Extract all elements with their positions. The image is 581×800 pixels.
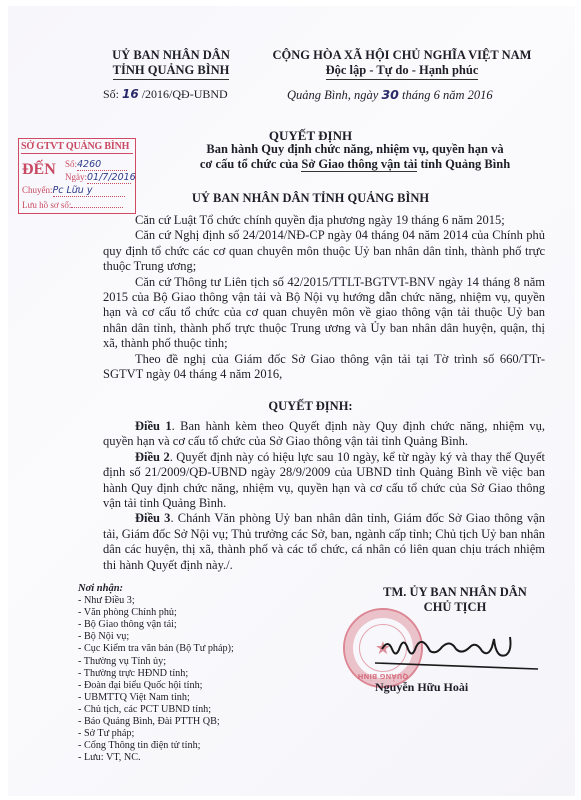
recipient-item: - Bộ Nội vụ; (78, 631, 234, 643)
preamble-item: Căn cứ Nghị định số 24/2014/NĐ-CP ngày 0… (103, 228, 545, 274)
articles: Điều 1. Ban hành kèm theo Quyết định này… (103, 419, 545, 573)
republic-name: CỘNG HÒA XÃ HỘI CHỦ NGHĨA VIỆT NAM (252, 48, 552, 63)
recipient-item: - Báo Quảng Bình, Đài PTTH QB; (78, 716, 234, 728)
document-number: Số: 16 /2016/QĐ-UBND (103, 87, 228, 102)
signer-position: CHỦ TỊCH (340, 600, 570, 615)
recipient-item: - UBMTTQ Việt Nam tỉnh; (78, 692, 234, 704)
issuing-agency: UỶ BAN NHÂN DÂN TỈNH QUẢNG BÌNH (96, 48, 246, 80)
on-behalf-label: TM. ỦY BAN NHÂN DÂN (340, 585, 570, 600)
recipient-item: - Lưu: VT, NC. (78, 752, 234, 764)
handwritten-signature-icon (370, 625, 570, 675)
recipients-heading: Nơi nhận: (78, 583, 234, 595)
stamp-so-row: Số:4260 (65, 159, 127, 171)
article-2: Điều 2. Quyết định này có hiệu lực sau 1… (103, 450, 545, 512)
recipient-item: - Thường vụ Tỉnh ủy; (78, 656, 234, 668)
preamble: Căn cứ Luật Tổ chức chính quyền địa phươ… (103, 213, 545, 382)
recipient-item: - Chủ tịch, các PCT UBND tỉnh; (78, 704, 234, 716)
recipient-item: - Đoàn đại biểu Quốc hội tỉnh; (78, 680, 234, 692)
agency-line1: UỶ BAN NHÂN DÂN (96, 48, 246, 63)
stamp-so-value: 4260 (77, 159, 101, 170)
motto: Độc lập - Tự do - Hạnh phúc (326, 63, 479, 80)
stamp-den-label: ĐẾN (22, 161, 56, 179)
recipients-list: Nơi nhận: - Như Điều 3; - Văn phòng Chín… (78, 583, 234, 764)
issue-date: Quảng Bình, ngày 30 tháng 6 năm 2016 (287, 87, 493, 103)
recipient-item: - Thường trực HĐND tỉnh; (78, 668, 234, 680)
recipient-item: - Sở Tư pháp; (78, 728, 234, 740)
recipient-item: - Văn phòng Chính phủ; (78, 607, 234, 619)
recipient-item: - Bộ Giao thông vận tải; (78, 619, 234, 631)
issuer-heading: UỶ BAN NHÂN DÂN TỈNH QUẢNG BÌNH (0, 191, 581, 206)
stamp-ngay-value: 01/7/2016 (87, 172, 136, 183)
recipient-item: - Cổng Thông tin điện tử tỉnh; (78, 740, 234, 752)
article-1: Điều 1. Ban hành kèm theo Quyết định này… (103, 419, 545, 450)
article-3: Điều 3. Chánh Văn phòng Uỷ ban nhân dân … (103, 511, 545, 573)
document-subject: Ban hành Quy định chức năng, nhiệm vụ, q… (140, 142, 570, 172)
signature-block: TM. ỦY BAN NHÂN DÂN CHỦ TỊCH (340, 585, 570, 615)
stamp-ngay-row: Ngày:01/7/2016 (65, 172, 131, 184)
recipient-item: - Cục Kiểm tra văn bản (Bộ Tư pháp); (78, 643, 234, 655)
recipient-item: - Như Điều 3; (78, 595, 234, 607)
signer-name: Nguyễn Hữu Hoài (375, 680, 468, 695)
preamble-item: Căn cứ Thông tư Liên tịch số 42/2015/TTL… (103, 275, 545, 352)
decision-heading: QUYẾT ĐỊNH: (0, 399, 581, 414)
handwritten-number: 16 (122, 87, 139, 101)
agency-line2: TỈNH QUẢNG BÌNH (113, 63, 230, 80)
preamble-item: Theo đề nghị của Giám đốc Sở Giao thông … (103, 352, 545, 383)
preamble-item: Căn cứ Luật Tổ chức chính quyền địa phươ… (103, 213, 545, 228)
handwritten-day: 30 (381, 87, 398, 102)
national-motto: CỘNG HÒA XÃ HỘI CHỦ NGHĨA VIỆT NAM Độc l… (252, 48, 552, 80)
